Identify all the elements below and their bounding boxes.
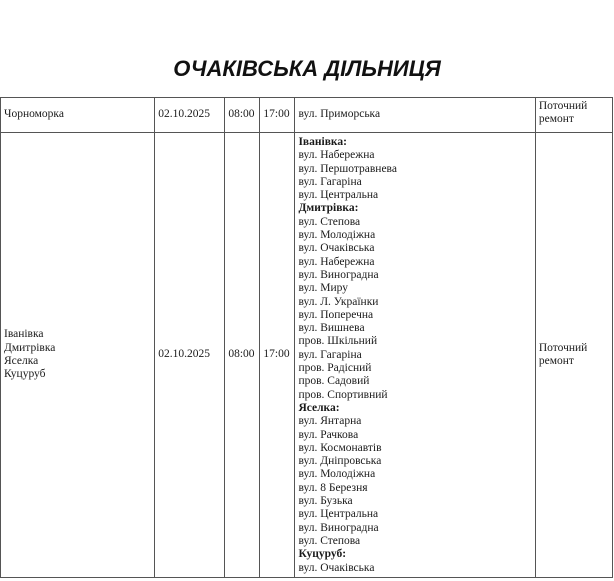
street-name: пров. Садовий (298, 375, 531, 388)
settlement-heading: Іванівка: (298, 136, 531, 149)
work-type-text: Поточний (539, 100, 609, 113)
outage-schedule-table: Чорноморка02.10.202508:0017:00вул. Примо… (0, 97, 613, 578)
street-name: вул. Приморська (298, 108, 531, 121)
work-type-cell: Поточнийремонт (535, 98, 612, 133)
streets-cell: вул. Приморська (295, 98, 535, 133)
settlement-name: Іванівка (4, 328, 151, 341)
street-name: вул. Центральна (298, 189, 531, 202)
street-name: вул. Рачкова (298, 429, 531, 442)
street-name: вул. Степова (298, 216, 531, 229)
work-type-text: Поточний (539, 342, 609, 355)
street-name: вул. Л. Українки (298, 296, 531, 309)
table-row: ІванівкаДмитрівкаЯселкаКуцуруб02.10.2025… (1, 133, 613, 578)
street-name: вул. Першотравнева (298, 163, 531, 176)
street-name: пров. Шкільний (298, 335, 531, 348)
settlement-name: Куцуруб (4, 368, 151, 381)
streets-cell: Іванівка:вул. Набережнавул. Першотравнев… (295, 133, 535, 578)
street-name: вул. Степова (298, 535, 531, 548)
street-name: вул. Набережна (298, 149, 531, 162)
street-name: вул. Миру (298, 282, 531, 295)
settlement-name: Яселка (4, 355, 151, 368)
street-name: вул. Гагаріна (298, 176, 531, 189)
work-type-text: ремонт (539, 113, 609, 126)
time-to-cell: 17:00 (260, 98, 295, 133)
street-name: вул. Дніпровська (298, 455, 531, 468)
street-name: вул. Гагаріна (298, 349, 531, 362)
settlements-cell: ІванівкаДмитрівкаЯселкаКуцуруб (1, 133, 155, 578)
work-type-text: ремонт (539, 355, 609, 368)
street-name: вул. 8 Березня (298, 482, 531, 495)
table-row: Чорноморка02.10.202508:0017:00вул. Примо… (1, 98, 613, 133)
time-from-cell: 08:00 (225, 133, 260, 578)
page-title: ОЧАКІВСЬКА ДІЛЬНИЦЯ (0, 56, 614, 82)
street-name: пров. Радісний (298, 362, 531, 375)
street-name: вул. Виноградна (298, 269, 531, 282)
date-cell: 02.10.2025 (155, 98, 225, 133)
settlement-name: Дмитрівка (4, 342, 151, 355)
street-name: вул. Молодіжна (298, 468, 531, 481)
settlement-name: Чорноморка (4, 108, 151, 121)
street-name: вул. Вишнева (298, 322, 531, 335)
street-name: вул. Бузька (298, 495, 531, 508)
time-from-cell: 08:00 (225, 98, 260, 133)
street-name: вул. Очаківська (298, 242, 531, 255)
street-name: вул. Космонавтів (298, 442, 531, 455)
street-name: вул. Виноградна (298, 522, 531, 535)
street-name: вул. Центральна (298, 508, 531, 521)
time-to-cell: 17:00 (260, 133, 295, 578)
street-name: пров. Спортивний (298, 389, 531, 402)
work-type-cell: Поточнийремонт (535, 133, 612, 578)
street-name: вул. Очаківська (298, 562, 531, 575)
street-name: вул. Набережна (298, 256, 531, 269)
street-name: вул. Поперечна (298, 309, 531, 322)
street-name: вул. Молодіжна (298, 229, 531, 242)
settlements-cell: Чорноморка (1, 98, 155, 133)
settlement-heading: Куцуруб: (298, 548, 531, 561)
settlement-heading: Дмитрівка: (298, 202, 531, 215)
settlement-heading: Яселка: (298, 402, 531, 415)
date-cell: 02.10.2025 (155, 133, 225, 578)
street-name: вул. Янтарна (298, 415, 531, 428)
